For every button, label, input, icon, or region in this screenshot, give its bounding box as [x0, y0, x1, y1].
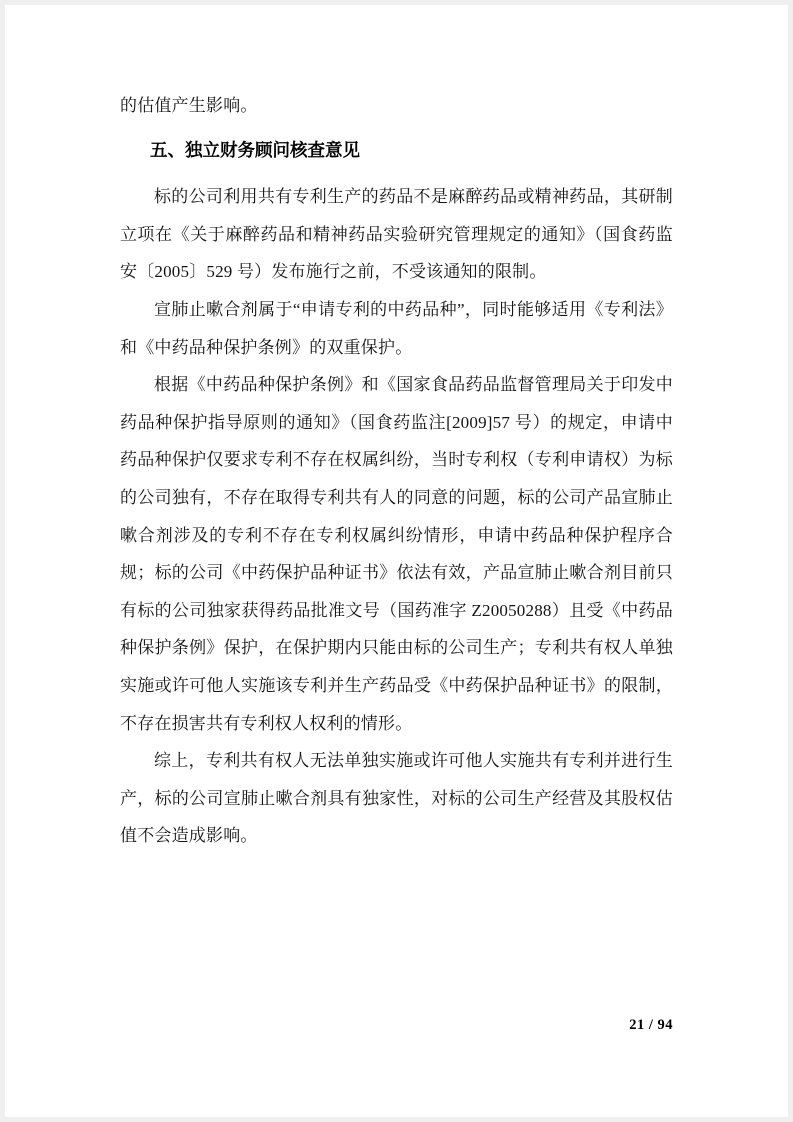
body-paragraph-2: 宣肺止嗽合剂属于“申请专利的中药品种”，同时能够适用《专利法》和《中药品种保护条…	[120, 291, 673, 366]
document-canvas: 的估值产生影响。 五、独立财务顾问核查意见 标的公司利用共有专利生产的药品不是麻…	[0, 0, 793, 1122]
body-paragraph-3: 根据《中药品种保护条例》和《国家食品药品监督管理局关于印发中药品种保护指导原则的…	[120, 366, 673, 742]
section-heading: 五、独立财务顾问核查意见	[120, 132, 673, 170]
continuation-paragraph: 的估值产生影响。	[120, 87, 673, 125]
page-content: 的估值产生影响。 五、独立财务顾问核查意见 标的公司利用共有专利生产的药品不是麻…	[120, 87, 673, 855]
body-paragraph-4: 综上，专利共有权人无法单独实施或许可他人实施共有专利并进行生产，标的公司宣肺止嗽…	[120, 742, 673, 855]
page-number: 21 / 94	[120, 1017, 673, 1034]
body-paragraph-1: 标的公司利用共有专利生产的药品不是麻醉药品或精神药品，其研制立项在《关于麻醉药品…	[120, 178, 673, 291]
document-page: 的估值产生影响。 五、独立财务顾问核查意见 标的公司利用共有专利生产的药品不是麻…	[5, 5, 788, 1117]
